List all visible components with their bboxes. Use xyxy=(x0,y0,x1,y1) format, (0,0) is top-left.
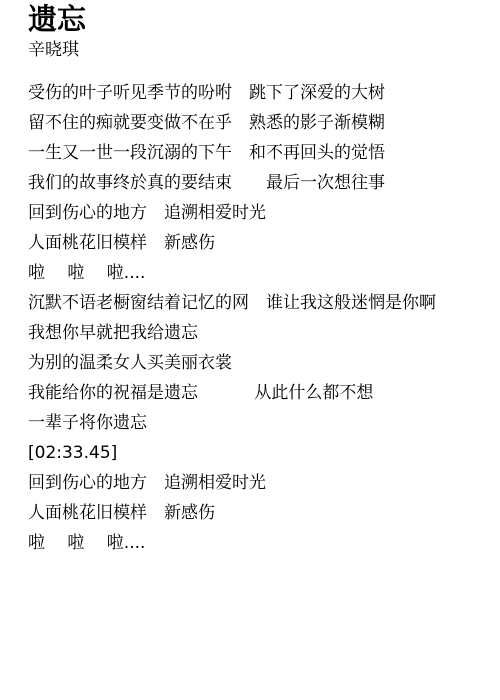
lyrics-block: 受伤的叶子听见季节的吩咐 跳下了深爱的大树 留不住的痴就要变做不在乎 熟悉的影子… xyxy=(28,78,500,558)
lyrics-page: 遗忘 辛晓琪 受伤的叶子听见季节的吩咐 跳下了深爱的大树 留不住的痴就要变做不在… xyxy=(0,0,500,700)
lyric-line: 受伤的叶子听见季节的吩咐 跳下了深爱的大树 xyxy=(28,78,500,108)
lyric-line: 为别的温柔女人买美丽衣裳 xyxy=(28,348,500,378)
lyric-line: 一辈子将你遗忘 xyxy=(28,408,500,438)
lyric-line: 人面桃花旧模样 新感伤 xyxy=(28,498,500,528)
lyric-line: 啦 啦 啦.... xyxy=(28,258,500,288)
lyric-line: 沉默不语老橱窗结着记忆的网 谁让我这般迷惘是你啊 xyxy=(28,288,500,318)
lyric-line: 我想你早就把我给遗忘 xyxy=(28,318,500,348)
lyric-line: 人面桃花旧模样 新感伤 xyxy=(28,228,500,258)
lyric-line: 啦 啦 啦.... xyxy=(28,528,500,558)
lyric-line: 回到伤心的地方 追溯相爱时光 xyxy=(28,468,500,498)
artist-name: 辛晓琪 xyxy=(28,38,500,62)
lyric-line: 我们的故事终於真的要结束 最后一次想往事 xyxy=(28,168,500,198)
song-title: 遗忘 xyxy=(28,2,500,36)
lyric-timestamp: [02:33.45] xyxy=(28,438,500,468)
lyric-line: 留不住的痴就要变做不在乎 熟悉的影子渐模糊 xyxy=(28,108,500,138)
lyric-line: 回到伤心的地方 追溯相爱时光 xyxy=(28,198,500,228)
lyric-line: 一生又一世一段沉溺的下午 和不再回头的觉悟 xyxy=(28,138,500,168)
lyric-line: 我能给你的祝福是遗忘 从此什么都不想 xyxy=(28,378,500,408)
